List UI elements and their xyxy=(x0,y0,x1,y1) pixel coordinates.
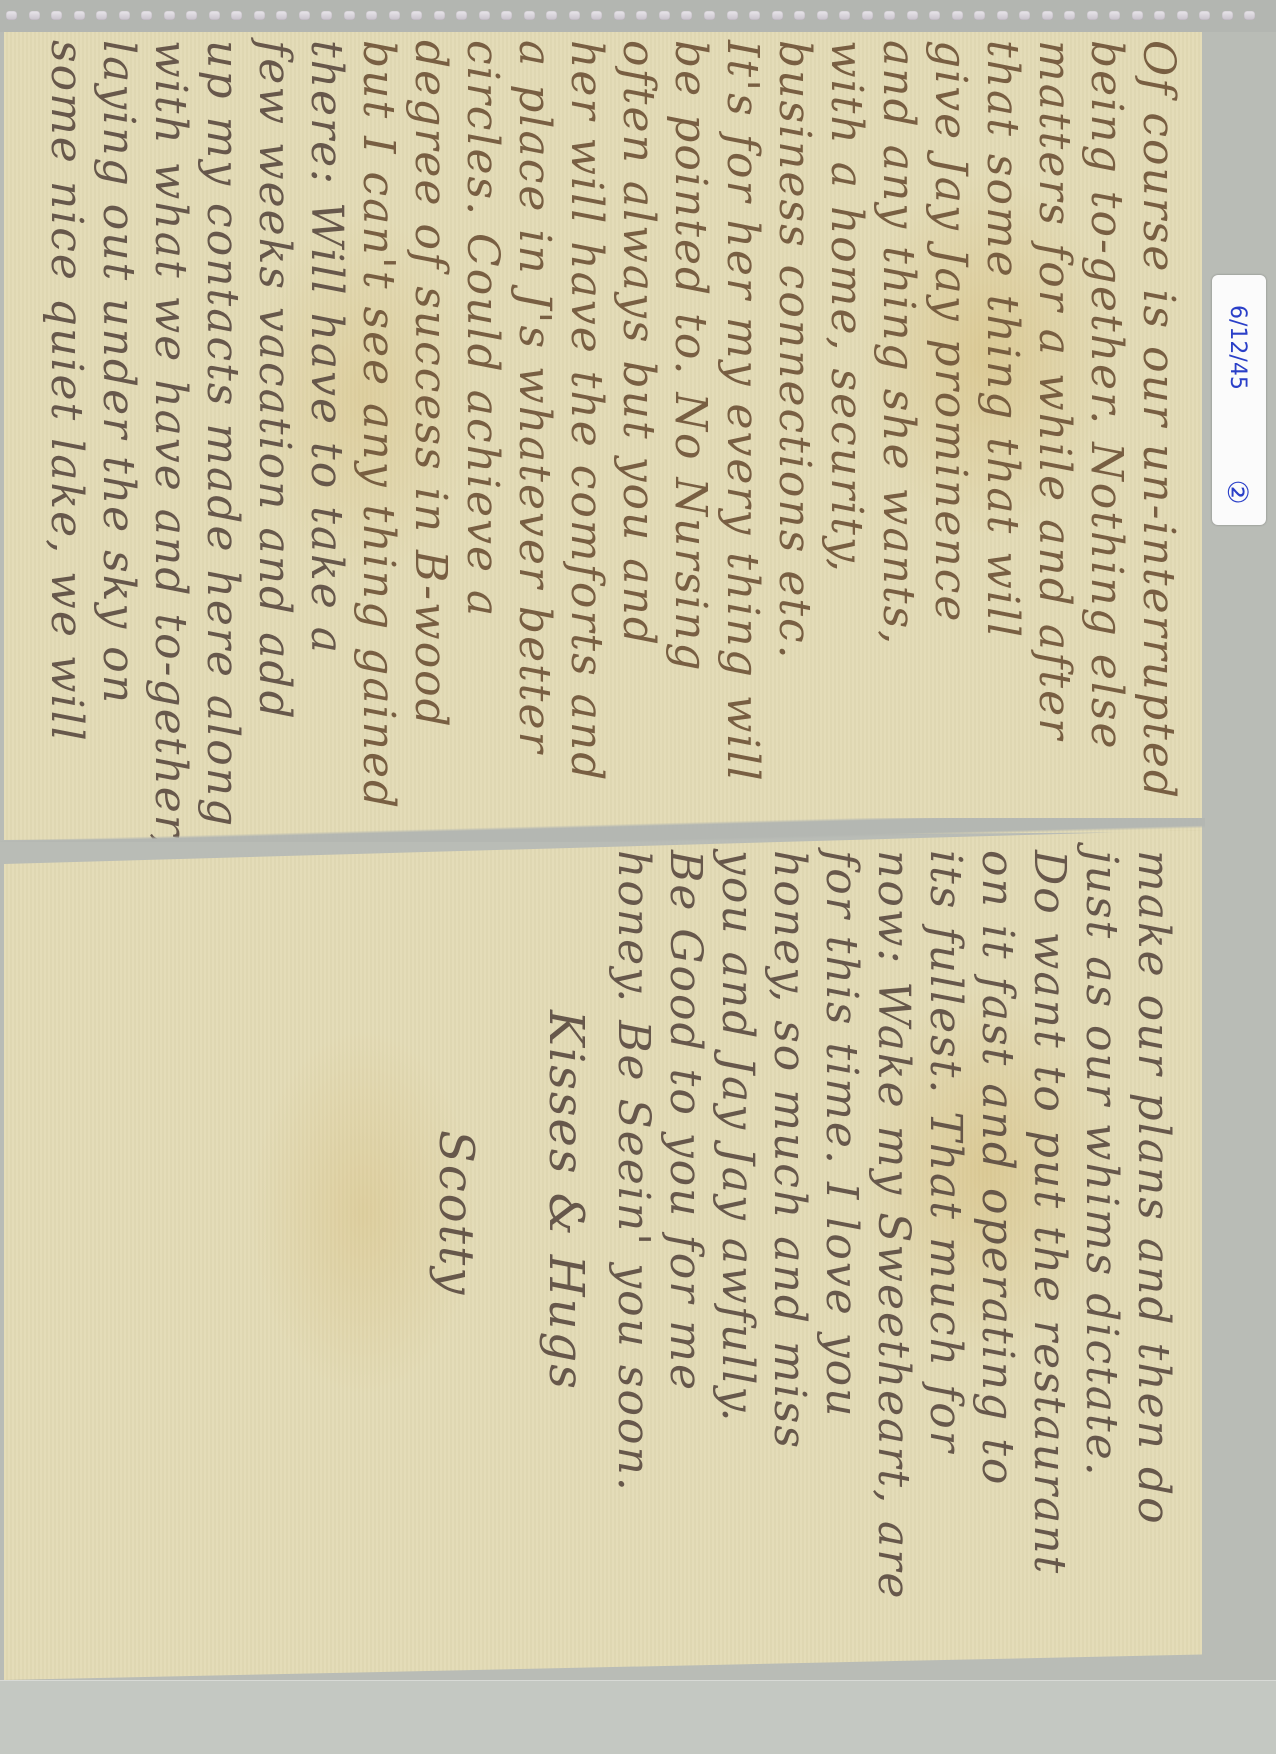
perforation-hole xyxy=(546,11,557,20)
perforation-hole xyxy=(907,11,918,20)
perforation-hole xyxy=(952,11,963,20)
perforation-hole xyxy=(1019,11,1030,20)
perforation-hole xyxy=(186,11,197,20)
perforation-hole xyxy=(51,11,62,20)
perforation-hole xyxy=(96,11,107,20)
perforation-hole xyxy=(1109,11,1120,20)
perforation-hole xyxy=(1132,11,1143,20)
sleeve-bottom-edge xyxy=(0,1680,1276,1754)
perforation-hole xyxy=(884,11,895,20)
perforation-hole xyxy=(974,11,985,20)
perforation-hole xyxy=(704,11,715,20)
perforation-hole xyxy=(389,11,400,20)
sleeve-perforations xyxy=(6,11,1256,21)
perforation-hole xyxy=(29,11,40,20)
perforation-hole xyxy=(479,11,490,20)
perforation-hole xyxy=(1177,11,1188,20)
perforation-hole xyxy=(1154,11,1165,20)
perforation-hole xyxy=(299,11,310,20)
perforation-hole xyxy=(1244,11,1255,20)
perforation-hole xyxy=(749,11,760,20)
perforation-hole xyxy=(794,11,805,20)
perforation-hole xyxy=(209,11,220,20)
perforation-hole xyxy=(636,11,647,20)
perforation-hole xyxy=(569,11,580,20)
archive-label: 6/12/45 ② xyxy=(1212,275,1266,525)
perforation-hole xyxy=(501,11,512,20)
perforation-hole xyxy=(817,11,828,20)
sleeve-top-edge xyxy=(0,0,1276,32)
perforation-hole xyxy=(614,11,625,20)
perforation-hole xyxy=(6,11,17,20)
perforation-hole xyxy=(524,11,535,20)
perforation-hole xyxy=(231,11,242,20)
perforation-hole xyxy=(659,11,670,20)
perforation-hole xyxy=(276,11,287,20)
perforation-hole xyxy=(997,11,1008,20)
perforation-hole xyxy=(119,11,130,20)
label-page-marker: ② xyxy=(1220,475,1254,509)
perforation-hole xyxy=(839,11,850,20)
perforation-hole xyxy=(1042,11,1053,20)
perforation-hole xyxy=(681,11,692,20)
perforation-hole xyxy=(862,11,873,20)
perforation-hole xyxy=(366,11,377,20)
label-date: 6/12/45 xyxy=(1225,305,1250,390)
perforation-hole xyxy=(344,11,355,20)
perforation-hole xyxy=(141,11,152,20)
perforation-hole xyxy=(591,11,602,20)
perforation-hole xyxy=(456,11,467,20)
perforation-hole xyxy=(164,11,175,20)
perforation-hole xyxy=(727,11,738,20)
perforation-hole xyxy=(1199,11,1210,20)
letter-sheet-top: Of course is our un-interrupted being to… xyxy=(4,32,1202,840)
perforation-hole xyxy=(929,11,940,20)
perforation-hole xyxy=(1064,11,1075,20)
perforation-hole xyxy=(1222,11,1233,20)
letter-sheet-bottom: make our plans and then do just as our w… xyxy=(4,830,1202,1680)
perforation-hole xyxy=(1087,11,1098,20)
perforation-hole xyxy=(772,11,783,20)
perforation-hole xyxy=(74,11,85,20)
perforation-hole xyxy=(254,11,265,20)
perforation-hole xyxy=(321,11,332,20)
perforation-hole xyxy=(411,11,422,20)
perforation-hole xyxy=(434,11,445,20)
